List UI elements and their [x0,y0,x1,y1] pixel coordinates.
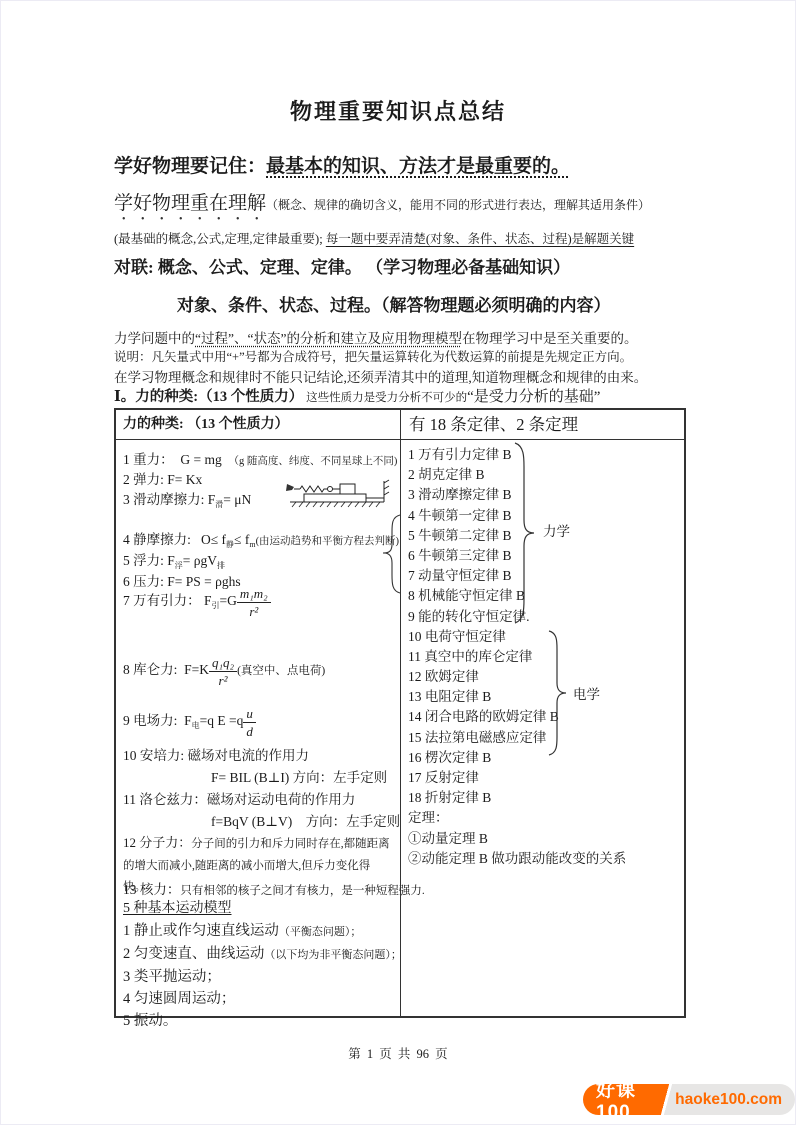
friction-experiment-diagram [284,471,392,516]
force-static-friction: 4 静摩擦力: O≤ f静≤ fm(由运动趋势和平衡方程去判断) [123,528,399,550]
section-heading-forces: Ⅰ。力的种类:（13 个性质力） 这些性质力是受力分析不可少的“是受力分析的基础… [114,385,600,406]
haoke100-logo-domain: haoke100.com [672,1084,795,1115]
force-name: 3 滑动摩擦力: [123,492,204,507]
law-item: 11 真空中的库仑定律 [408,647,684,667]
motion-note: （以下均为非平衡态问题）； [264,949,402,961]
force-name: 1 重力： [123,452,174,467]
electricity-label: 电学 [573,683,600,703]
force-description: 磁场对运动电荷的作用力 [207,792,356,807]
motion-main: 2 匀变速直、曲线运动 [123,946,264,962]
newton-laws-brace [383,513,403,595]
force-name: 7 万有引力： [123,593,201,608]
section-heading-quote: “是受力分析的基础” [467,389,600,405]
motion-main: 1 静止或作匀速直线运动 [123,923,279,939]
law-item: 定理： [408,808,684,828]
force-formula: F=K [184,662,209,677]
force-name: 2 弹力: [123,472,164,487]
force-electric-field: 9 电场力: F电=q E =qud [123,706,256,738]
force-symbol: F [204,593,212,608]
force-formula: O≤ f [201,532,226,547]
section-heading-bold: Ⅰ。力的种类:（13 个性质力） [114,389,303,405]
intro-line-understand: 学好物理重在理解（概念、规律的确切含义，能用不同的形式进行表达，理解其适用条件） [114,188,650,225]
fraction-numerator: m₁m₂ [237,586,271,603]
intro-understand-paren: （概念、规律的确切含义，能用不同的形式进行表达，理解其适用条件） [266,198,650,212]
motion-model-1: 1 静止或作匀速直线运动（平衡态问题）； [123,919,361,940]
force-subscript: 静 [226,540,234,549]
laws-list: 1 万有引力定律 B2 胡克定律 B3 滑动摩擦定律 B4 牛顿第一定律 B5 … [401,440,684,869]
paragraph-note: 说明：凡矢量式中用“+”号都为合成符号，把矢量运算转化为代数运算的前提是先规定正… [114,347,632,365]
intro-line-basics: (最基础的概念,公式,定理,定律最重要); 每一题中要弄清楚(对象、条件、状态、… [114,229,634,247]
force-note: (由运动趋势和平衡方程去判断) [256,536,400,547]
force-name: 8 库仑力: [123,662,177,677]
fraction-numerator: u [243,706,256,723]
motion-model-5: 5 振动。 [123,1009,177,1030]
fraction-denominator: r² [237,603,271,618]
law-item: 12 欧姆定律 [408,667,684,687]
force-name: 12 分子力： [123,835,191,850]
law-item: 17 反射定律 [408,768,684,788]
laws-cell: 1 万有引力定律 B2 胡克定律 B3 滑动摩擦定律 B4 牛顿第一定律 B5 … [400,440,684,1016]
law-item: ①动量定理 B [408,829,684,849]
force-ampere-formula: F= BIL (B⊥I) 方向：左手定则 [211,766,387,786]
paragraph-mechanics-pre: 力学问题中的 [114,331,195,346]
force-formula: = μN [223,492,251,507]
fraction-denominator: d [243,723,256,738]
force-name: 5 浮力: [123,553,164,568]
intro-line-remember: 学好物理要记住：最基本的知识、方法才是最重要的。 [114,151,570,178]
force-sliding-friction: 3 滑动摩擦力: F滑= μN [123,488,251,510]
force-name: 13 核力： [123,882,180,897]
intro-understand-main: 学好物理重在理解 [114,193,266,214]
couplet-line-2: 对象、条件、状态、过程。（解答物理题必须明确的内容） [177,291,611,316]
fraction-numerator: q₁q₂ [209,655,237,672]
force-nuclear: 13 核力：只有相邻的核子之间才有核力，是一种短程强力. [123,878,425,898]
force-subscript: 浮 [175,561,183,570]
force-description: 磁场对电流的作用力 [188,748,310,763]
haoke100-logo[interactable]: 好课100 haoke100.com [583,1084,795,1115]
force-formula: G = mg [180,452,221,467]
law-item: 6 牛顿第三定律 B [408,546,684,566]
force-note: (真空中、点电荷) [237,665,325,677]
law-item: 2 胡克定律 B [408,465,684,485]
paragraph-learning: 在学习物理概念和规律时不能只记结论,还须弄清其中的道理,知道物理概念和规律的由来… [114,366,647,386]
motion-models-heading: 5 种基本运动模型 [123,897,232,917]
force-subscript: 排 [217,561,225,570]
force-formula: ≤ f [234,532,249,547]
couplet-line-1: 对联: 概念、公式、定理、定律。 （学习物理必备基础知识） [114,253,570,278]
force-ampere: 10 安培力: 磁场对电流的作用力 [123,744,309,764]
haoke100-logo-name: 好课100 [583,1084,660,1115]
motion-model-4: 4 匀速圆周运动； [123,987,235,1008]
intro-line-remember-emphasis: 最基本的知识、方法才是最重要的。 [266,156,570,177]
force-subscript: 电 [192,721,200,730]
fraction: m₁m₂r² [237,586,271,618]
force-formula: F= Kx [167,472,202,487]
document-page: 物理重要知识点总结 学好物理要记住：最基本的知识、方法才是最重要的。 学好物理重… [0,0,796,1125]
law-item: 14 闭合电路的欧姆定律 B [408,707,684,727]
force-name: 10 安培力: [123,748,184,763]
page-title: 物理重要知识点总结 [1,95,795,126]
law-item: 9 能的转化守恒定律. [408,607,684,627]
force-gravity: 1 重力： G = mg （g 随高度、纬度、不同星球上不同) [123,448,397,468]
force-description: 只有相邻的核子之间才有核力，是一种短程强力. [180,885,424,897]
law-item: 18 折射定律 B [408,788,684,808]
force-gravitation: 7 万有引力： F引=Gm₁m₂r² [123,586,271,618]
force-name: 11 洛仑兹力： [123,792,207,807]
law-item: 3 滑动摩擦定律 B [408,485,684,505]
mechanics-label: 力学 [543,520,570,540]
motion-model-3: 3 类平抛运动； [123,965,221,986]
law-item: 15 法拉第电磁感应定律 [408,728,684,748]
paragraph-mechanics: 力学问题中的“过程”、“状态”的分析和建立及应用物理模型在物理学习中是至关重要的… [114,327,637,347]
force-formula: = ρgV [183,553,217,568]
law-item: ②动能定理 B 做功跟动能改变的关系 [408,849,684,869]
electricity-brace [547,629,569,757]
fraction: ud [243,706,256,738]
force-symbol: F [184,713,192,728]
force-formula: =G [220,593,237,608]
forces-cell: 1 重力： G = mg （g 随高度、纬度、不同星球上不同) 2 弹力: F=… [116,440,400,1016]
section-heading-small: 这些性质力是受力分析不可少的 [303,392,467,404]
force-name: 4 静摩擦力: [123,532,191,547]
force-lorentz: 11 洛仑兹力：磁场对运动电荷的作用力 [123,788,355,808]
knowledge-table: 力的种类: （13 个性质力） 有 18 条定律、2 条定理 1 重力： G =… [114,408,686,1018]
logo-slant-divider [660,1084,672,1115]
force-name: 9 电场力: [123,713,177,728]
fraction: q₁q₂r² [209,655,237,687]
law-item: 13 电阻定律 B [408,687,684,707]
force-note: （g 随高度、纬度、不同星球上不同) [229,456,398,467]
intro-basics-plain: (最基础的概念,公式,定理,定律最重要); [114,232,326,246]
motion-note: （平衡态问题）； [279,926,362,938]
force-elastic: 2 弹力: F= Kx [123,468,202,488]
table-header-forces: 力的种类: （13 个性质力） [116,410,400,440]
table-header-laws: 有 18 条定律、2 条定理 [400,410,684,440]
intro-line-remember-prefix: 学好物理要记住： [114,156,266,177]
law-item: 7 动量守恒定律 B [408,566,684,586]
intro-basics-underlined: 每一题中要弄清楚(对象、条件、状态、过程)是解题关键 [326,232,634,246]
paragraph-mechanics-dotted: “过程”、“状态”的分析和建立及应用物理模型 [195,331,462,346]
law-item: 1 万有引力定律 B [408,445,684,465]
force-coulomb: 8 库仑力: F=Kq₁q₂r²(真空中、点电荷) [123,655,325,687]
force-symbol: F [167,553,175,568]
force-formula: =q E =q [200,713,244,728]
law-item: 8 机械能守恒定律 B [408,586,684,606]
paragraph-mechanics-post: 在物理学习中是至关重要的。 [462,331,638,346]
page-number: 第 1 页 共 96 页 [1,1044,795,1062]
law-item: 16 楞次定律 B [408,748,684,768]
motion-model-2: 2 匀变速直、曲线运动（以下均为非平衡态问题）； [123,942,402,963]
fraction-denominator: r² [209,672,237,687]
force-subscript: 引 [212,601,220,610]
law-item: 10 电荷守恒定律 [408,627,684,647]
mechanics-brace [513,441,537,625]
force-buoyancy: 5 浮力: F浮= ρgV排 [123,549,225,571]
force-lorentz-formula: f=BqV (B⊥V) 方向：左手定则 [211,810,400,830]
